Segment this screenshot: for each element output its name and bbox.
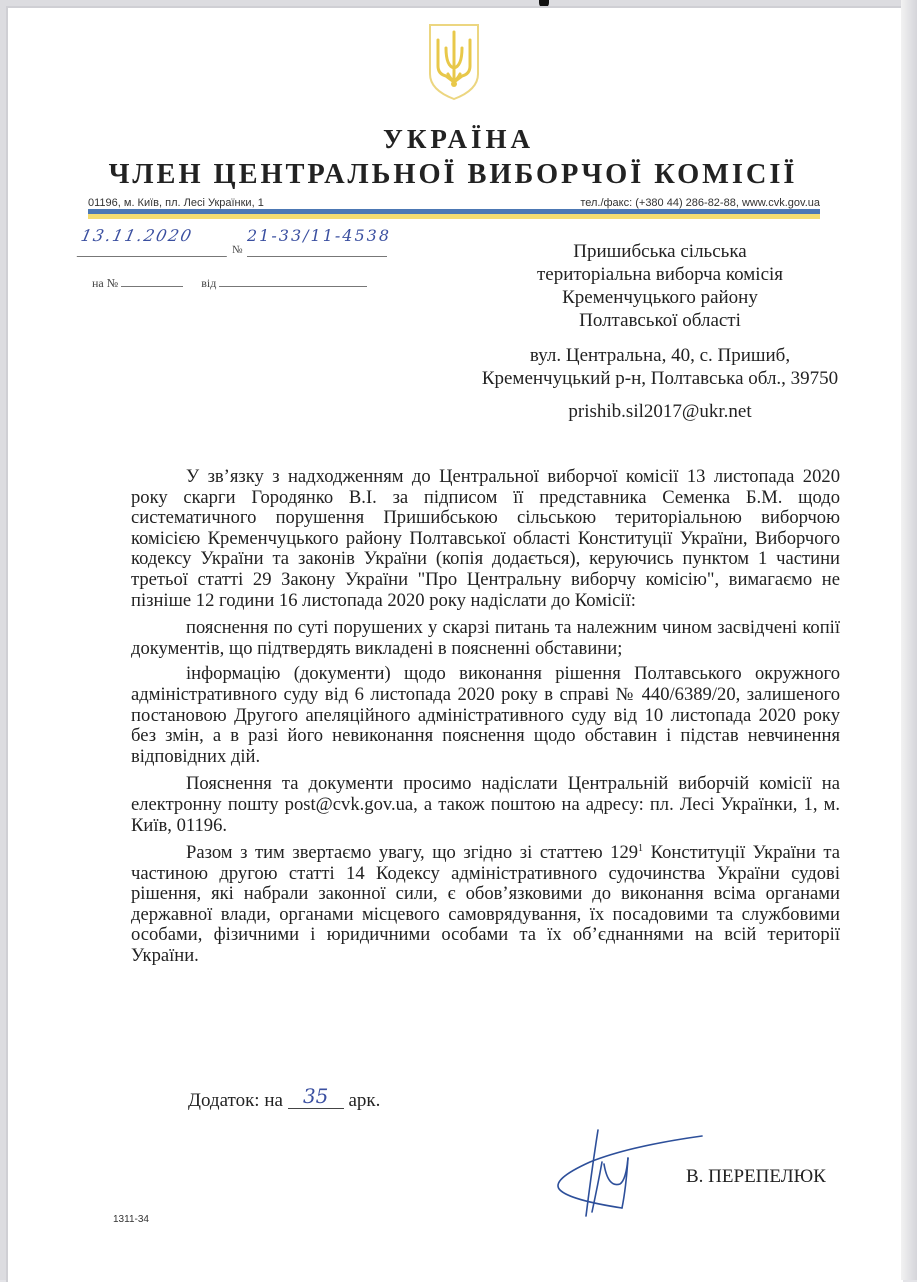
reply-to-label: на № (92, 276, 118, 290)
attachment-suffix: арк. (348, 1090, 380, 1111)
body-paragraph: інформацію (документи) щодо виконання рі… (131, 664, 840, 767)
body-paragraph: пояснення по суті порушених у скарзі пит… (131, 618, 840, 659)
recipient-address-line: Кременчуцький р-н, Полтавська обл., 3975… (440, 367, 880, 390)
recipient-block: Пришибська сільська територіальна виборч… (480, 240, 840, 332)
recipient-line: Пришибська сільська (480, 240, 840, 263)
letterhead-organization: ЧЛЕН ЦЕНТРАЛЬНОЇ ВИБОРЧОЇ КОМІСІЇ (95, 158, 810, 191)
outgoing-number-handwritten: 21-33/11-4538 (247, 226, 387, 257)
letterhead-address: 01196, м. Київ, пл. Лесі Українки, 1 (88, 197, 264, 209)
reply-to-blank (121, 276, 183, 287)
recipient-line: Полтавської області (480, 309, 840, 332)
attachment-count-handwritten: 35 (288, 1084, 344, 1109)
number-label: № (232, 244, 243, 256)
attachment-line: Додаток: на 35 арк. (188, 1087, 380, 1112)
paragraph-text: Разом з тим звертаємо увагу, що згідно з… (186, 842, 638, 863)
recipient-address-line: вул. Центральна, 40, с. Пришиб, (440, 344, 880, 367)
body-paragraph: У зв’язку з надходженням до Центральної … (131, 467, 840, 611)
recipient-address: вул. Центральна, 40, с. Пришиб, Кременчу… (440, 344, 880, 390)
trident-emblem-icon (424, 22, 484, 102)
body-paragraph: Пояснення та документи просимо надіслати… (131, 774, 840, 836)
page-edge-shadow (901, 0, 917, 1280)
body-paragraph: Разом з тим звертаємо увагу, що згідно з… (131, 843, 840, 967)
letterhead-country: УКРАЇНА (0, 124, 917, 155)
recipient-email: prishib.sil2017@ukr.net (480, 401, 840, 423)
attachment-prefix: Додаток: на (188, 1090, 283, 1111)
recipient-line: територіальна виборча комісія (480, 263, 840, 286)
handwritten-signature-icon (540, 1128, 710, 1218)
letter-body: У зв’язку з надходженням до Центральної … (131, 467, 840, 974)
outgoing-date-handwritten: 13.11.2020 (77, 226, 234, 257)
recipient-line: Кременчуцького району (480, 286, 840, 309)
letterhead-contact: тел./факс: (+380 44) 286-82-88, www.cvk.… (580, 197, 820, 209)
reply-from-blank (219, 276, 367, 287)
flag-stripe-yellow (88, 214, 820, 219)
reply-reference-line: на № від (92, 276, 367, 291)
signer-name: В. ПЕРЕПЕЛЮК (686, 1166, 826, 1188)
document-code: 1311-34 (113, 1214, 149, 1225)
reply-from-label: від (201, 276, 216, 290)
